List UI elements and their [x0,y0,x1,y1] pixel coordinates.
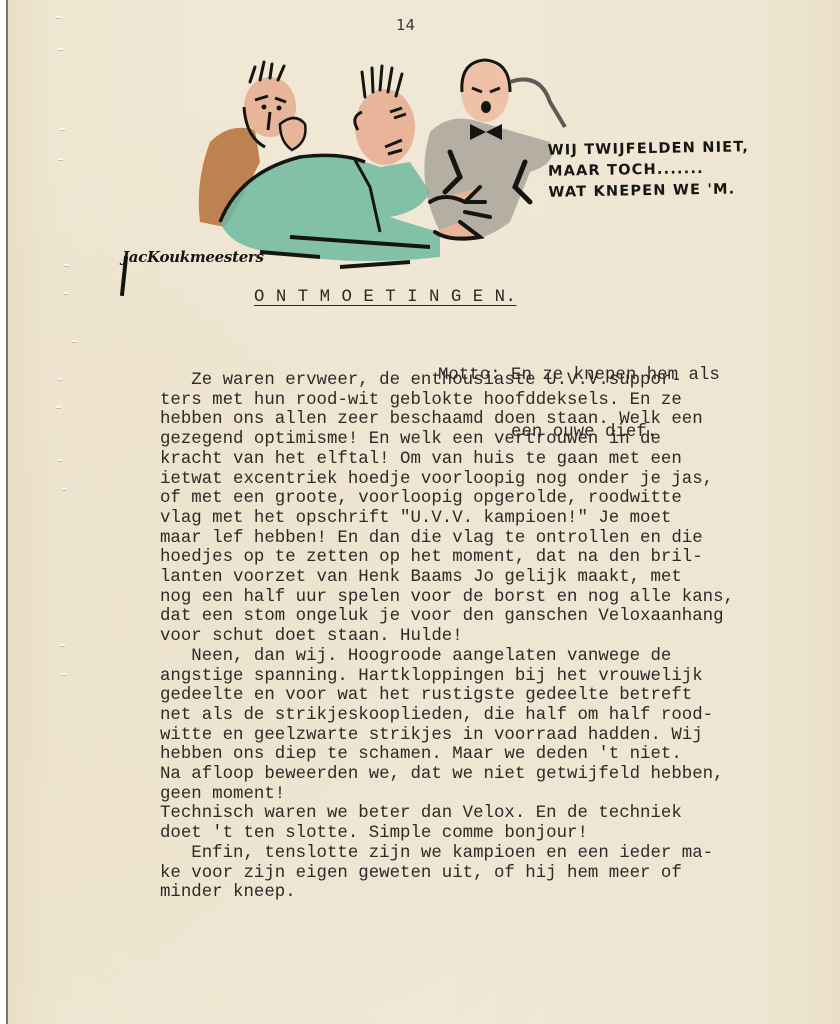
page-number: 14 [396,16,415,34]
article-body: Ze waren ervweer, de enthousiaste U.V.V.… [160,371,734,903]
body-line: of met een groote, voorloopig opgerolde,… [160,489,734,509]
body-line: Enfin, tenslotte zijn we kampioen en een… [160,844,734,864]
cartoon-caption: WIJ TWIJFELDEN NIET, MAAR TOCH....... WA… [547,137,750,204]
paper-speck [58,378,63,380]
paper-speck [58,459,63,461]
body-line: ke voor zijn eigen geweten uit, of hij h… [160,864,734,884]
body-line: Technisch waren we beter dan Velox. En d… [160,804,734,824]
body-line: ietwat excentriek hoedje voorloopig nog … [160,470,734,490]
body-line: witte en geelzwarte strikjes in voorraad… [160,726,734,746]
body-line: voor schut doet staan. Hulde! [160,627,734,647]
body-line: ters met hun rood-wit geblokte hoofddeks… [160,391,734,411]
body-line: gezegend optimisme! En welk een vertrouw… [160,430,734,450]
body-line: net als de strikjeskooplieden, die half … [160,706,734,726]
artist-signature: JacKoukmeesters [122,248,264,266]
body-line: doet 't ten slotte. Simple comme bonjour… [160,824,734,844]
body-line: kracht van het elftal! Om van huis te ga… [160,450,734,470]
body-line: hoedjes op te zetten op het moment, dat … [160,548,734,568]
paper-speck [60,644,65,646]
paper-speck [58,48,63,50]
body-line: Na afloop beweerden we, dat we niet getw… [160,765,734,785]
body-line: hebben ons diep te schamen. Maar we dede… [160,745,734,765]
paper-speck [56,16,61,18]
article-title: O N T M O E T I N G E N. [254,288,516,307]
body-line: vlag met het opschrift "U.V.V. kampioen!… [160,509,734,529]
body-line: dat een stom ongeluk je voor den gansche… [160,607,734,627]
caption-line: WAT KNEPEN WE 'M. [548,179,750,204]
paper-speck [60,128,65,130]
paper-speck [58,158,63,160]
man-left [244,62,305,150]
paper-speck [63,292,68,294]
caption-line: WIJ TWIJFELDEN NIET, [547,137,749,162]
body-line: hebben ons allen zeer beschaamd doen sta… [160,410,734,430]
paper-speck [62,488,67,490]
body-line: minder kneep. [160,883,734,903]
paper-speck [56,406,61,408]
paper-speck [64,264,69,266]
body-line: nog een half uur spelen voor de borst en… [160,588,734,608]
body-line: gedeelte en voor wat het rustigste gedee… [160,686,734,706]
body-line: maar lef hebben! En dan die vlag te ontr… [160,529,734,549]
man-right [424,60,565,240]
body-line: Neen, dan wij. Hoogroode aangelaten vanw… [160,647,734,667]
cartoon-illustration [180,52,590,277]
body-line: geen moment! [160,785,734,805]
paper-speck [72,340,77,342]
paper-speck [61,673,66,675]
body-line: angstige spanning. Hartkloppingen bij he… [160,667,734,687]
body-line: lanten voorzet van Henk Baams Jo gelijk … [160,568,734,588]
body-line: Ze waren ervweer, de enthousiaste U.V.V.… [160,371,734,391]
